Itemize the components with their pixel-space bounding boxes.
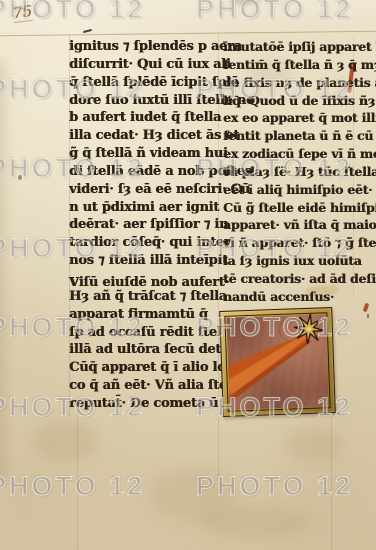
manuscript-text-line: ex eo apparet q̄ mot illi	[223, 110, 363, 128]
parchment-stain	[286, 428, 342, 462]
manuscript-text-line: reputat̄· De cometa ū q̄	[69, 396, 219, 414]
folio-number: 75	[12, 3, 33, 23]
manuscript-text-line: dore ſuo iuxtū illī ſtelle no	[69, 93, 219, 111]
manuscript-text-line: nos ⁊ ſtellā illā inteīpit	[69, 253, 219, 271]
comet-miniature	[219, 307, 336, 417]
manuscript-text-line: illa cedat· Hȝ dicet ās et	[69, 128, 219, 146]
manuscript-text-line: la ſȝ ignis iux uolūta	[223, 253, 363, 271]
manuscript-text-line: ex zodiacū ſepe vī ñ mo	[223, 146, 363, 164]
manuscript-text-line: vī ñ apparet· ſtō ⁊ g̃ ſtel	[223, 235, 363, 253]
manuscript-text-line: tardior cōſeq̄· qui inter	[69, 235, 219, 253]
parchment-stain	[34, 420, 98, 462]
ruling-line	[77, 410, 78, 550]
manuscript-text-line: Cū g̃ ſtelle eidē himiſpij	[223, 200, 363, 218]
manuscript-text-line: g̃ q̄ ſtellā ñ videam hui	[69, 146, 219, 164]
watermark-text: PHOTO 12	[196, 472, 353, 500]
watermark-text: PHOTO 12	[0, 472, 145, 500]
manuscript-text-line: ignitus ⁊ ſplendēs p aera	[69, 39, 219, 57]
ruling-line	[331, 412, 332, 550]
parchment-stain	[200, 505, 310, 539]
manuscript-text-line: di ſtellā eādē a nob poſtea	[69, 164, 219, 182]
right-text-column: īmutatōē ipſij apparet ħ ſentim̄ q̄ ſtel…	[223, 39, 363, 307]
manuscript-text-line: q̄ ſtellā ſplēdē īcipit ſplē	[69, 75, 219, 93]
manuscript-text-line: nandū accenſus·	[223, 289, 363, 307]
red-ink-speck	[367, 314, 369, 318]
manuscript-text-line: Hȝ añ q̃ trāſcat ⁊ ſtella	[69, 289, 219, 307]
left-text-column: ignitus ⁊ ſplendēs p aera diſcurrit· Qui…	[69, 39, 219, 414]
manuscript-text-line: tē creatoris· ad ād deſig	[223, 271, 363, 289]
parchment-edge-shading	[0, 60, 6, 480]
manuscript-text-line: videri· ſȝ eā eē neſciri· Cū	[69, 182, 219, 200]
gold-star-icon	[286, 306, 332, 352]
pen-mark	[83, 29, 92, 33]
manuscript-text-line: viſū eiuſdē nob aufert·	[69, 271, 219, 289]
manuscript-text-line: apparat firmamtū q̄	[69, 307, 219, 325]
manuscript-text-line: Cūq̄ apparet q̄ ī alio lo	[69, 360, 219, 378]
manuscript-text-line: illā ad ultōra ſecū deth	[69, 342, 219, 360]
manuscript-text-line: de fixis nȝ de planetis a	[223, 75, 363, 93]
red-ink-speck	[363, 303, 370, 313]
parchment-stain	[150, 468, 236, 520]
manuscript-text-line: ſentit planeta ū ñ ē cū	[223, 128, 363, 146]
manuscript-text-line: apparet· vñ iſta q̄ maior	[223, 217, 363, 235]
manuscript-text-line: diſcurrit· Qui cū iux ali	[69, 57, 219, 75]
manuscript-text-line: co q̄ añ eēt· Vñ alia ſtel	[69, 378, 219, 396]
manuscript-text-line: ſentim̄ q̄ ſtella ñ ȝ q̄ mȝ	[223, 57, 363, 75]
manuscript-text-line: tū plaȝ ſē· Hȝ tūc ſtella	[223, 164, 363, 182]
manuscript-text-line: ſp ad occaſū rēdit ſtellā	[69, 325, 219, 343]
ink-fleck	[18, 175, 22, 180]
manuscript-text-line: n ut p̄diximi aer ignit	[69, 200, 219, 218]
manuscript-page-photo: 75 ignitus ⁊ ſplendēs p aera diſcurrit· …	[0, 0, 376, 550]
manuscript-text-line: īmutatōē ipſij apparet ħ	[223, 39, 363, 57]
manuscript-text-line: b aufert iudet q̄ ſtella	[69, 110, 219, 128]
manuscript-text-line: liq̄· Quod ū de īfixis ñȝ	[223, 93, 363, 111]
manuscript-text-line: deērat· aer ſpiſſior ⁊ in	[69, 217, 219, 235]
manuscript-text-line: eēt ī aliq̄ himiſpio eēt·	[223, 182, 363, 200]
parchment-top-strip	[0, 0, 376, 32]
